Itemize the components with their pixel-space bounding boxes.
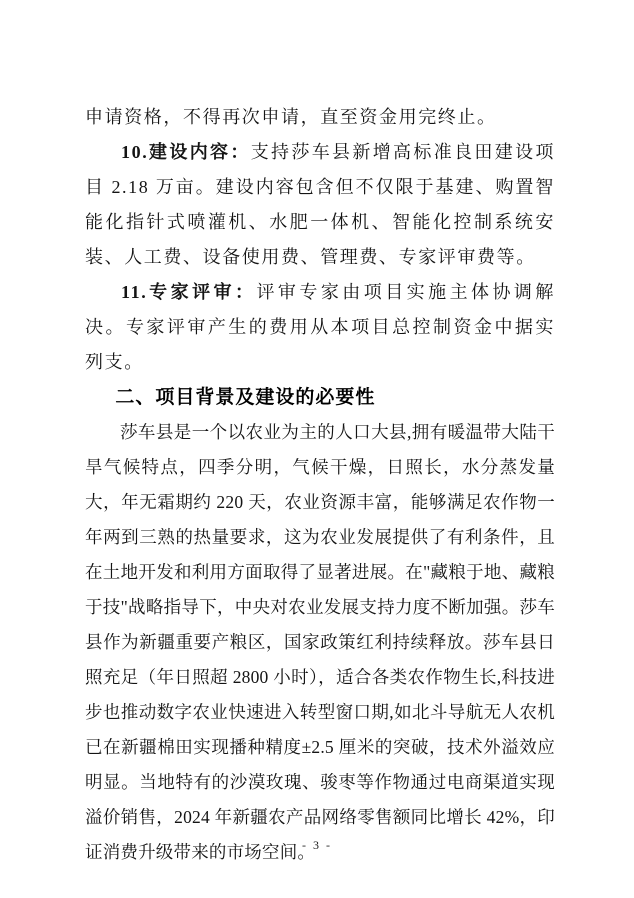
item-11-label: 11.专家评审： <box>121 282 256 302</box>
section-heading-background-necessity: 二、项目背景及建设的必要性 <box>85 380 555 415</box>
page-footer: - 3 - <box>0 836 634 854</box>
page-number: - 3 - <box>302 838 332 852</box>
document-body: 申请资格，不得再次申请，直至资金用完终止。 10.建设内容：支持莎车县新增高标准… <box>85 100 555 870</box>
item-10-label: 10.建设内容： <box>121 142 251 162</box>
paragraph-item-11: 11.专家评审：评审专家由项目实施主体协调解决。专家评审产生的费用从本项目总控制… <box>85 275 555 380</box>
paragraph-item-10: 10.建设内容：支持莎车县新增高标准良田建设项目 2.18 万亩。建设内容包含但… <box>85 135 555 275</box>
paragraph-background: 莎车县是一个以农业为主的人口大县,拥有暖温带大陆干旱气候特点，四季分明，气候干燥… <box>85 415 555 870</box>
paragraph-continuation: 申请资格，不得再次申请，直至资金用完终止。 <box>85 100 555 135</box>
document-page: 申请资格，不得再次申请，直至资金用完终止。 10.建设内容：支持莎车县新增高标准… <box>0 0 634 898</box>
